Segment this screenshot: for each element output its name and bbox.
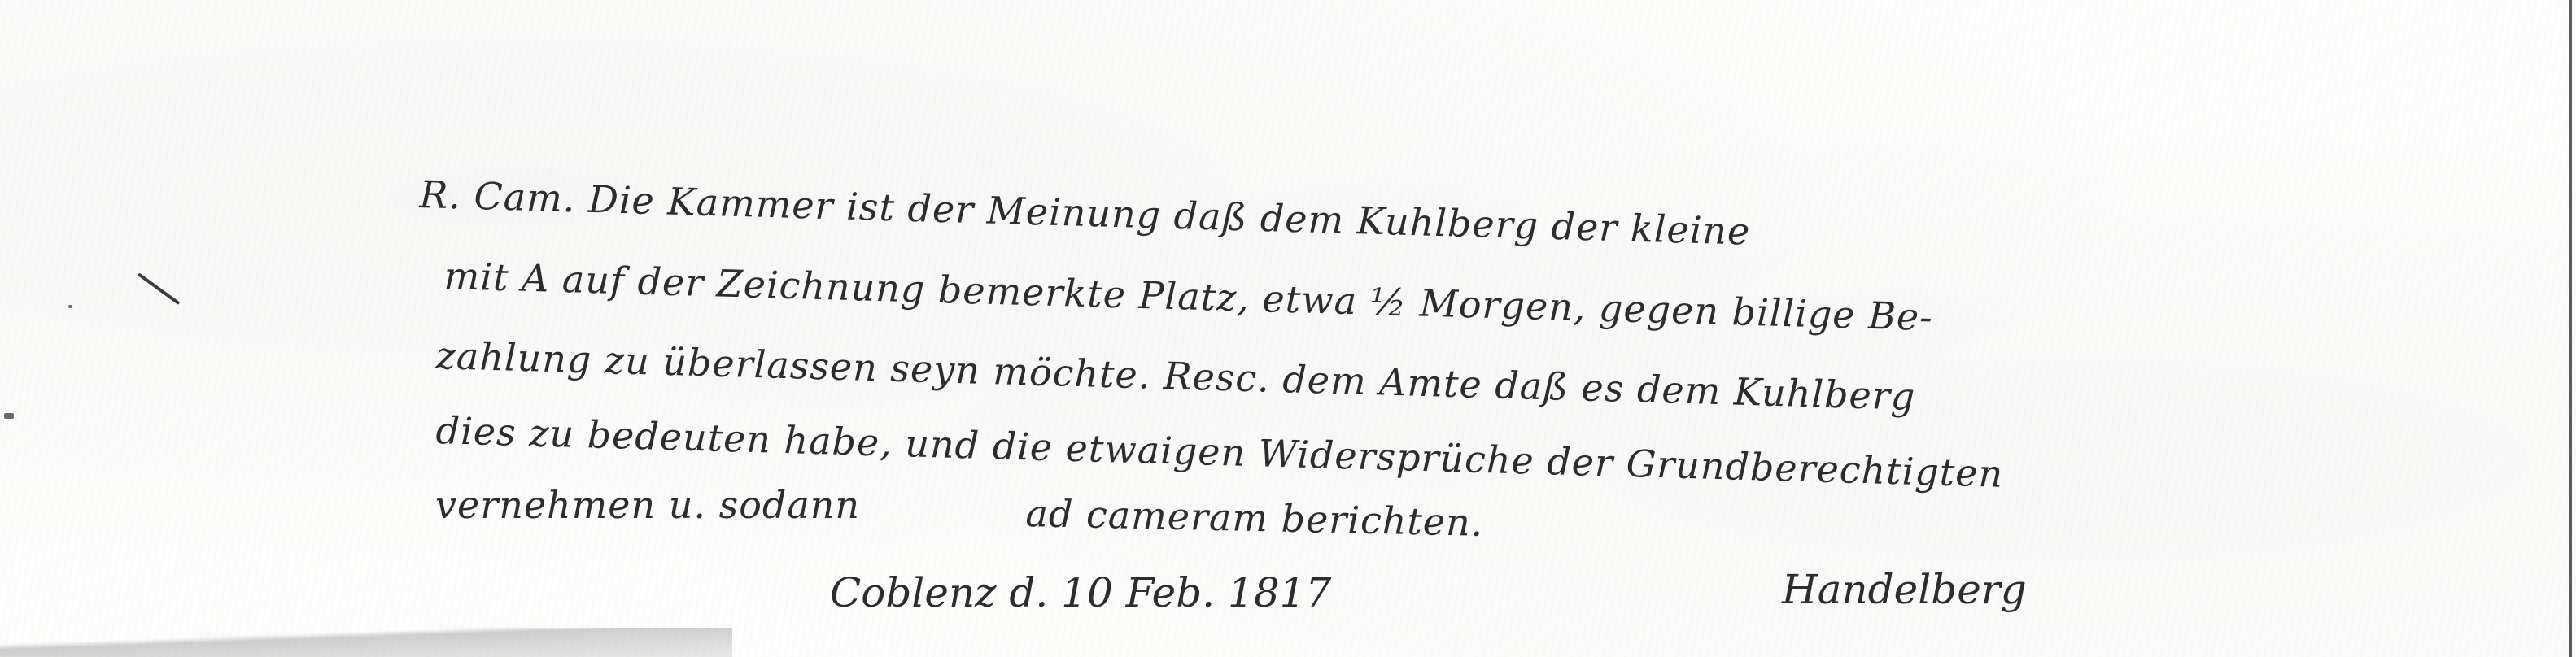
paper-background [0, 0, 2576, 657]
ink-speck [4, 413, 14, 419]
manuscript-line-5: vernehmen u. sodann [435, 483, 860, 527]
document-date: Coblenz d. 10 Feb. 1817 [830, 569, 1331, 616]
page-edge-right [2569, 0, 2572, 657]
ink-speck [68, 305, 72, 308]
page-fold-shadow [0, 628, 732, 657]
signature: Handelberg [1782, 566, 2027, 613]
